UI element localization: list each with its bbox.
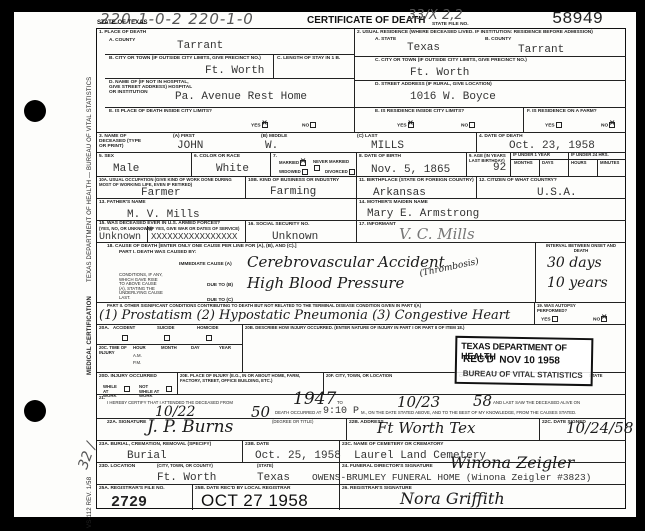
accident-label: ACCIDENT: [113, 326, 135, 331]
under-24-hrs-label: IF UNDER 24 HRS.: [571, 153, 609, 158]
residence-county-label: b. COUNTY: [485, 37, 511, 42]
armed-forces-value: Unknown: [99, 232, 141, 243]
ssn-cell: 16. SOCIAL SECURITY NO. Unknown: [246, 221, 357, 243]
suicide-label: SUICIDE: [157, 326, 174, 331]
injury-type-cell: 20a. ACCIDENT SUICIDE HOMICIDE: [97, 325, 243, 345]
burial-type-cell: 23a. BURIAL, CREMATION, REMOVAL (Specify…: [97, 441, 243, 463]
accident-checkbox[interactable]: [122, 335, 128, 341]
funeral-home-value: OWENS-BRUMLEY FUNERAL HOME (Winona Zeigl…: [312, 472, 591, 483]
age-cell: 9. AGE (In years last birthday) 92: [467, 153, 511, 177]
divorced-option[interactable]: Divorced: [325, 169, 355, 175]
funeral-director-signature: Winona Zeigler: [450, 453, 574, 472]
physician-address-cell: 22b. ADDRESS Ft Worth Tex: [347, 419, 540, 441]
am-label: a.m.: [133, 354, 142, 359]
mother-value: Mary E. Armstrong: [367, 208, 479, 220]
residence-label: 2. USUAL RESIDENCE (Where deceased lived…: [357, 30, 593, 35]
usual-residence-section: 2. USUAL RESIDENCE (Where deceased lived…: [355, 29, 626, 133]
physician-signature: J. P. Burns: [147, 417, 233, 437]
father-value: M. V. Mills: [127, 209, 200, 221]
widowed-option[interactable]: Widowed: [279, 169, 308, 175]
death-inside-city-yes[interactable]: YES: [251, 122, 268, 128]
race-cell: 6. COLOR OR RACE White: [192, 153, 271, 177]
first-name-label: (a) First: [173, 134, 195, 139]
autopsy-yes[interactable]: YES: [541, 316, 558, 322]
place-of-death-section: 1. PLACE OF DEATH a. COUNTY Tarrant b. C…: [97, 29, 355, 133]
mother-label: 14. MOTHER'S MAIDEN NAME: [359, 200, 428, 205]
race-label: 6. COLOR OR RACE: [194, 154, 240, 159]
residence-county-value: Tarrant: [518, 44, 564, 56]
side-medical-certification: MEDICAL CERTIFICATION: [87, 296, 93, 375]
armed-forces-cell: 15. WAS DECEASED EVER IN U.S. ARMED FORC…: [97, 221, 246, 243]
physician-signature-label: 22a. SIGNATURE: [107, 420, 146, 425]
days-label: Days: [542, 161, 554, 166]
form-number: VS-112 REV. 1/58: [87, 477, 93, 528]
residence-city-label: c. CITY OR TOWN (If outside city limits,…: [375, 58, 527, 63]
day-label: Day: [191, 346, 200, 351]
death-certificate-form: 1. PLACE OF DEATH a. COUNTY Tarrant b. C…: [96, 28, 626, 509]
hours-label: Hours: [571, 161, 587, 166]
burial-date-cell: 23b. DATE Oct. 25, 1958: [243, 441, 340, 463]
marital-status-cell: 7. Married Never Married Widowed Divorce…: [271, 153, 357, 177]
punch-hole-bottom: [24, 400, 46, 422]
farm-yes[interactable]: YES: [545, 122, 562, 128]
date-of-death-label: 4. DATE OF DEATH: [479, 134, 523, 139]
date-recd-cell: 25b. DATE REC'D BY LOCAL REGISTRAR OCT 2…: [193, 485, 340, 510]
birthplace-value: Arkansas: [373, 187, 426, 199]
deceased-name-row: 3. NAME OF DECEASED (Type or print) (a) …: [97, 133, 477, 153]
length-of-stay-label: c. LENGTH OF STAY in 1 b.: [277, 56, 347, 61]
burial-city-sub-label: (City, town, or county): [157, 464, 213, 469]
street-address-value: 1016 W. Boyce: [410, 91, 496, 103]
date-signed-cell: 22c. DATE SIGNED 10/24/58: [540, 419, 626, 441]
burial-type-label: 23a. BURIAL, CREMATION, REMOVAL (Specify…: [99, 442, 211, 447]
state-file-handwritten: 33/X 2,2: [408, 8, 463, 23]
date-of-death-value: Oct. 23, 1958: [509, 140, 595, 152]
interval-label: INTERVAL BETWEEN ONSET AND DEATH: [541, 244, 621, 253]
burial-city-value: Ft. Worth: [157, 472, 216, 484]
burial-date-label: 23b. DATE: [245, 442, 269, 447]
industry-label: 10b. KIND OF BUSINESS OR INDUSTRY: [248, 178, 339, 183]
armed-dates-value: XXXXXXXXXXXXXXXX: [151, 232, 237, 242]
burial-type-value: Burial: [127, 450, 167, 462]
homicide-checkbox[interactable]: [206, 335, 212, 341]
last-name-value: MILLS: [371, 140, 404, 152]
death-inside-city-label: e. IS PLACE OF DEATH INSIDE CITY LIMITS?: [109, 109, 212, 114]
describe-injury-label: 20b. DESCRIBE HOW INJURY OCCURRED. (Ente…: [245, 326, 464, 331]
father-cell: 13. FATHER'S NAME M. V. Mills: [97, 199, 357, 221]
race-value: White: [216, 163, 249, 175]
industry-cell: 10b. KIND OF BUSINESS OR INDUSTRY Farmin…: [246, 177, 357, 199]
under-1-year-label: IF UNDER 1 YEAR: [513, 153, 550, 158]
death-inside-city-no[interactable]: NO: [302, 122, 316, 128]
certify-tail-text: m., on the date stated above, and to the…: [361, 411, 576, 416]
punch-hole-top: [24, 100, 46, 122]
father-label: 13. FATHER'S NAME: [99, 200, 146, 205]
informant-signature: V. C. Mills: [399, 225, 475, 243]
county-label: a. COUNTY: [109, 38, 135, 43]
place-of-injury-label: 20e. PLACE OF INJURY (e.g., in or about …: [180, 374, 320, 383]
registrar-file-value: 2729: [111, 494, 147, 511]
due-to-b-value: High Blood Pressure: [247, 274, 404, 292]
institution-value: Pa. Avenue Rest Home: [175, 91, 307, 103]
marital-label: 7.: [273, 154, 277, 159]
not-while-at-work-checkbox[interactable]: [166, 386, 172, 392]
registrar-file-cell: 25a. REGISTRAR'S FILE NO. 2729: [97, 485, 193, 510]
residence-inside-city-yes[interactable]: YES: [397, 122, 414, 128]
city-label: b. CITY OR TOWN (If outside city limits,…: [109, 56, 261, 61]
birthplace-cell: 11. BIRTHPLACE (State or foreign country…: [357, 177, 477, 199]
funeral-director-cell: 24. FUNERAL DIRECTOR'S SIGNATURE OWENS-B…: [340, 463, 626, 485]
suicide-checkbox[interactable]: [164, 335, 170, 341]
cemetery-label: 23c. NAME OF CEMETERY OR CREMATORY: [342, 442, 443, 447]
dob-value: Nov. 5, 1865: [371, 164, 450, 176]
conditions-note: Conditions, if any, which gave rise to a…: [119, 273, 164, 300]
citizen-label: 12. CITIZEN OF WHAT COUNTRY?: [479, 178, 557, 183]
date-recd-value: OCT 27 1958: [201, 491, 308, 511]
residence-city-value: Ft. Worth: [410, 67, 469, 79]
street-address-label: d. STREET ADDRESS (If rural, give locati…: [375, 82, 492, 87]
state-label: STATE OF TEXAS: [97, 20, 147, 26]
immediate-cause-label: IMMEDIATE CAUSE (a): [179, 262, 232, 267]
to-label: to: [337, 401, 343, 406]
burial-state-value: Texas: [257, 472, 290, 484]
cause-of-death-section: 18. CAUSE OF DEATH [Enter only one cause…: [97, 243, 626, 303]
physician-signature-cell: 22a. SIGNATURE J. P. Burns (Degree or ti…: [97, 419, 347, 441]
residence-inside-city-label: e. IS RESIDENCE INSIDE CITY LIMITS?: [375, 109, 464, 114]
armed-sub1-label: (Yes, no, or unknown): [99, 227, 152, 232]
hour-label: Hour: [133, 346, 146, 351]
sex-value: Male: [113, 163, 139, 175]
informant-cell: 17. INFORMANT V. C. Mills: [357, 221, 626, 243]
due-to-b-label: DUE TO (b): [207, 283, 233, 288]
residence-state-value: Texas: [407, 42, 440, 54]
last-name-label: (c) Last: [357, 134, 378, 139]
under-age-cell: IF UNDER 1 YEAR IF UNDER 24 HRS. Months …: [511, 153, 626, 177]
sex-label: 5. SEX: [99, 154, 114, 159]
sex-cell: 5. SEX Male: [97, 153, 192, 177]
autopsy-cell: 19. WAS AUTOPSY PERFORMED? YES NO: [535, 303, 626, 325]
immediate-cause-value: Cerebrovascular Accident: [247, 253, 445, 271]
residence-state-label: a. STATE: [375, 37, 396, 42]
part2-cell: PART II. OTHER SIGNIFICANT CONDITIONS CO…: [97, 303, 535, 325]
degree-label: (Degree or title): [272, 420, 313, 425]
citizen-cell: 12. CITIZEN OF WHAT COUNTRY? U.S.A.: [477, 177, 626, 199]
certificate-number: 58949: [552, 10, 603, 29]
farm-label: f. IS RESIDENCE ON A FARM?: [527, 109, 597, 114]
homicide-label: HOMICIDE: [197, 326, 219, 331]
part2-value: (1) Prostatism (2) Hypostatic Pneumonia …: [99, 308, 510, 323]
pm-label: p.m.: [133, 361, 141, 366]
ssn-label: 16. SOCIAL SECURITY NO.: [248, 222, 309, 227]
first-name-value: JOHN: [177, 140, 203, 152]
cause-section-label: 18. CAUSE OF DEATH [Enter only one cause…: [107, 244, 297, 249]
citizen-value: U.S.A.: [537, 187, 577, 199]
physician-address: Ft Worth Tex: [377, 419, 475, 437]
death-city-value: Ft. Worth: [205, 65, 264, 77]
mother-cell: 14. MOTHER'S MAIDEN NAME Mary E. Armstro…: [357, 199, 626, 221]
death-time-value: 9:10: [323, 406, 347, 417]
months-label: Months: [514, 161, 533, 166]
dob-label: 8. DATE OF BIRTH: [359, 154, 401, 159]
time-of-injury-label: 20c. TIME OF INJURY: [99, 346, 127, 355]
death-occurred-label: Death occurred at: [275, 411, 321, 416]
injury-occurred-cell: 20d. INJURY OCCURRED WHILE AT WORK NOT W…: [97, 373, 178, 395]
minutes-label: Minutes: [600, 161, 619, 166]
occupation-label: 10a. USUAL OCCUPATION (Give kind of work…: [99, 178, 245, 187]
injury-occurred-label: 20d. INJURY OCCURRED: [99, 374, 157, 379]
registrar-signature: Nora Griffith: [400, 489, 505, 508]
place-of-death-label: 1. PLACE OF DEATH: [99, 30, 146, 35]
burial-location-cell: 23d. LOCATION (City, town, or county) (S…: [97, 463, 340, 485]
occupation-value: Farmer: [141, 187, 181, 199]
funeral-director-label: 24. FUNERAL DIRECTOR'S SIGNATURE: [342, 464, 433, 469]
registrar-signature-cell: 26. REGISTRAR'S SIGNATURE Nora Griffith: [340, 485, 626, 510]
registrar-file-label: 25a. REGISTRAR'S FILE NO.: [99, 486, 165, 491]
informant-label: 17. INFORMANT: [359, 222, 396, 227]
date-of-birth-cell: 8. DATE OF BIRTH Nov. 5, 1865: [357, 153, 467, 177]
injury-type-label: 20a.: [99, 326, 109, 331]
date-signed-value: 10/24/58: [566, 419, 633, 437]
attended-to-date: 10/23: [397, 393, 440, 411]
ssn-value: Unknown: [272, 231, 318, 243]
farm-no[interactable]: NO: [601, 122, 615, 128]
stamp-received-line: REC'D NOV 10 1958: [463, 354, 560, 367]
interval-b-value: 10 years: [547, 275, 608, 291]
year-label: Year: [219, 346, 231, 351]
autopsy-label: 19. WAS AUTOPSY PERFORMED?: [537, 304, 597, 313]
birthplace-label: 11. BIRTHPLACE (State or foreign country…: [359, 178, 474, 183]
stamp-bureau: BUREAU OF VITAL STATISTICS: [463, 369, 583, 380]
burial-location-label: 23d. LOCATION: [99, 464, 135, 469]
residence-inside-city-no[interactable]: NO: [461, 122, 475, 128]
burial-date-value: Oct. 25, 1958: [255, 450, 341, 462]
physician-certification-cell: 21. I hereby certify that I attended the…: [97, 395, 626, 419]
part1-label: PART I. DEATH WAS CAUSED BY:: [119, 250, 196, 255]
state-file-label: STATE FILE NO.: [432, 22, 469, 27]
injury-location-label: 20f. CITY, TOWN, OR LOCATION: [326, 374, 392, 379]
side-department-text: TEXAS DEPARTMENT OF HEALTH — BUREAU OF V…: [87, 77, 93, 282]
industry-value: Farming: [270, 186, 316, 198]
name-label: 3. NAME OF DECEASED (Type or print): [99, 134, 149, 149]
date-of-death-cell: 4. DATE OF DEATH Oct. 23, 1958: [477, 133, 626, 153]
autopsy-no[interactable]: NO: [593, 316, 607, 322]
occupation-cell: 10a. USUAL OCCUPATION (Give kind of work…: [97, 177, 246, 199]
middle-name-value: W.: [265, 140, 278, 152]
while-at-work-checkbox[interactable]: [124, 386, 130, 392]
death-ampm-value: P: [353, 406, 359, 417]
middle-name-label: (b) Middle: [261, 134, 287, 139]
armed-sub2-label: (If yes, give war or dates of service): [149, 227, 240, 232]
received-stamp: TEXAS DEPARTMENT OF HEALTH REC'D NOV 10 …: [455, 336, 594, 386]
item-21-label: 21.: [99, 396, 105, 401]
interval-a-value: 30 days: [547, 255, 602, 271]
burial-state-sub-label: (State): [257, 464, 273, 469]
age-value: 92: [493, 162, 506, 174]
attended-to-year: 58: [473, 392, 492, 410]
month-label: Month: [161, 346, 177, 351]
last-saw-text: and last saw the deceased alive on: [493, 401, 580, 406]
death-county-value: Tarrant: [177, 40, 223, 52]
married-option[interactable]: Married: [279, 160, 306, 166]
time-of-injury-cell: 20c. TIME OF INJURY Hour a.m. p.m. Month…: [97, 345, 243, 373]
